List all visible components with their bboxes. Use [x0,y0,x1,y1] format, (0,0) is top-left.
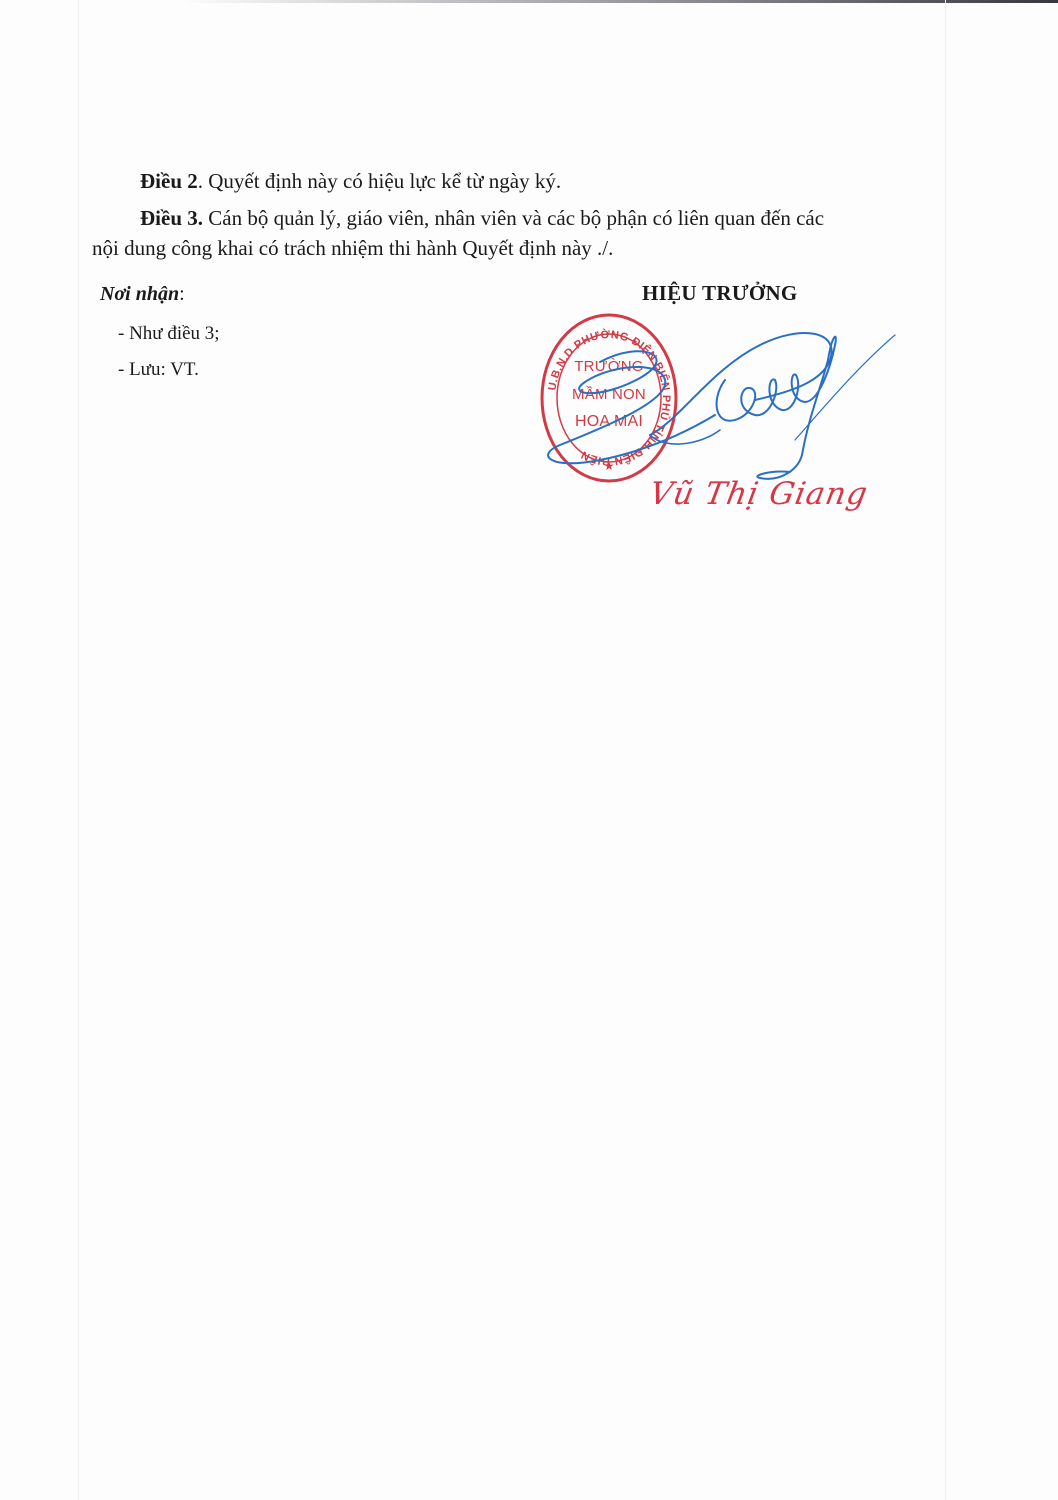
article-label: Điều 3. [140,206,203,230]
article-text: . Quyết định này có hiệu lực kể từ ngày … [198,169,561,193]
article-label: Điều 2 [140,169,198,193]
article-3-continuation: nội dung công khai có trách nhiệm thi hà… [92,235,613,261]
article-text: Cán bộ quản lý, giáo viên, nhân viên và … [203,206,824,230]
recipient-item: - Lưu: VT. [118,359,199,381]
recipients-title: Nơi nhận [100,283,179,305]
signer-name: Vũ Thị Giang [647,476,871,512]
article-2: Điều 2. Quyết định này có hiệu lực kể từ… [140,168,561,194]
stamp-line: TRƯỜNG [540,358,678,375]
svg-text:★: ★ [604,459,615,473]
signer-title: HIỆU TRƯỞNG [642,281,798,306]
scan-edge-shadow [180,0,1058,3]
recipient-item: - Như điều 3; [118,323,220,345]
recipients-colon: : [179,283,185,305]
article-3: Điều 3. Cán bộ quản lý, giáo viên, nhân … [140,205,952,231]
stamp-line: MẦM NON [540,386,678,403]
recipients-heading: Nơi nhận: [100,283,185,306]
stamp-line: HOA MAI [540,413,678,431]
page-edge [78,0,79,1500]
official-stamp: U.B.N.D PHƯỜNG ĐIỆN BIÊN PHỦ TỈNH ĐIỆN B… [540,312,678,484]
